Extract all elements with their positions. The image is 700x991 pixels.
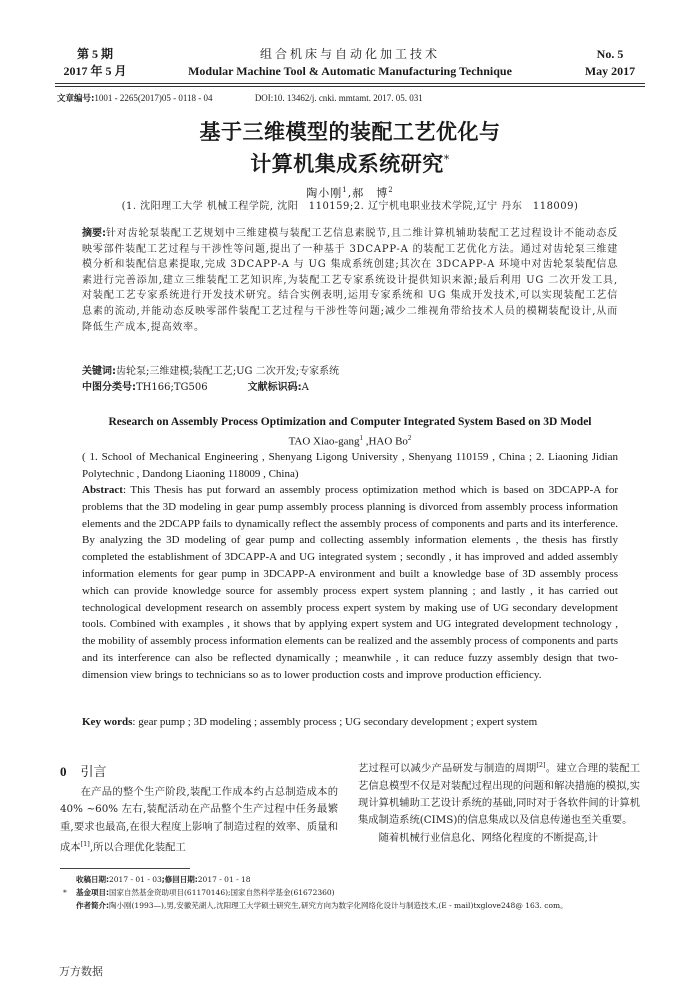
classification: 中图分类号:TH166;TG506文献标识码:A	[82, 380, 622, 395]
author-2: 郝 博	[352, 187, 388, 200]
abstract-cn-text: 针对齿轮泵装配工艺规划中三维建模与装配工艺信息素脱节,且二维计算机辅助装配工艺过…	[82, 228, 618, 333]
issue-date-en: May 2017	[570, 63, 650, 80]
received-label: 收稿日期:	[76, 875, 109, 884]
header-issue-en: No. 5 May 2017	[570, 46, 650, 80]
header-journal: 组合机床与自动化加工技术 Modular Machine Tool & Auto…	[170, 46, 530, 80]
header-rule-top	[55, 83, 645, 84]
footnotes: 收稿日期:2017 - 01 - 03;修回日期:2017 - 01 - 18 …	[60, 873, 640, 912]
paragraph: 随着机械行业信息化、网络化程度的不断提高,计	[358, 830, 640, 847]
keywords-en: Key words: gear pump ; 3D modeling ; ass…	[82, 714, 622, 730]
body-column-right: 艺过程可以减少产品研发与制造的周期[2]。建立合理的装配工艺信息模型不仅是对装配…	[358, 757, 640, 847]
author-bio-text: 陶小刚(1993—),男,安徽芜湖人,沈阳理工大学硕士研究生,研究方向为数字化网…	[109, 901, 568, 910]
abstract-en-text: This Thesis has put forward an assembly …	[82, 484, 618, 681]
keywords-en-text: gear pump ; 3D modeling ; assembly proce…	[135, 716, 537, 728]
paper-title-cn: 基于三维模型的装配工艺优化与 计算机集成系统研究*	[50, 116, 650, 180]
article-no: 1001 - 2265(2017)05 - 0118 - 04	[94, 93, 212, 103]
abstract-en-sep: :	[123, 484, 126, 496]
funding-mark: *	[444, 153, 450, 166]
paper-title-en: Research on Assembly Process Optimizatio…	[50, 414, 650, 430]
revised-date: 2017 - 01 - 18	[198, 875, 251, 884]
abstract-en: Abstract: This Thesis has put forward an…	[82, 482, 618, 684]
fund-text: 国家自然基金资助项目(61170146);国家自然科学基金(61672360)	[109, 888, 335, 897]
footnote-rule	[60, 868, 190, 869]
fund-star: *	[63, 886, 67, 899]
issue-number-cn: 第 5 期	[60, 46, 130, 63]
doi-label: DOI:	[255, 93, 274, 103]
issue-date-cn: 2017 年 5 月	[60, 63, 130, 80]
header-issue-cn: 第 5 期 2017 年 5 月	[60, 46, 130, 80]
paragraph-text: 艺过程可以减少产品研发与制造的周期	[358, 762, 536, 774]
footnote-author-bio: 作者简介:陶小刚(1993—),男,安徽芜湖人,沈阳理工大学硕士研究生,研究方向…	[60, 899, 640, 912]
journal-name-cn: 组合机床与自动化加工技术	[170, 46, 530, 63]
affiliation-en: ( 1. School of Mechanical Engineering , …	[82, 449, 618, 482]
keywords-cn-text: 齿轮泵;三维建模;装配工艺;UG 二次开发;专家系统	[116, 366, 339, 377]
doc-code-value: A	[302, 382, 309, 393]
title-line-1: 基于三维模型的装配工艺优化与	[50, 116, 650, 148]
keywords-cn: 关键词:齿轮泵;三维建模;装配工艺;UG 二次开发;专家系统	[82, 364, 622, 379]
article-no-label: 文章编号:	[57, 94, 94, 104]
paragraph: 在产品的整个生产阶段,装配工作成本约占总制造成本的 40% ~60% 左右,装配…	[60, 784, 338, 857]
abstract-en-label: Abstract	[82, 484, 123, 496]
footnote-dates: 收稿日期:2017 - 01 - 03;修回日期:2017 - 01 - 18	[60, 873, 640, 886]
body-column-left: 在产品的整个生产阶段,装配工作成本约占总制造成本的 40% ~60% 左右,装配…	[60, 784, 338, 857]
author-1: 陶小刚	[306, 187, 342, 200]
abstract-cn: 摘要:针对齿轮泵装配工艺规划中三维建模与装配工艺信息素脱节,且二维计算机辅助装配…	[82, 226, 618, 335]
author-1-en: TAO Xiao-gang	[289, 436, 360, 448]
author-2-en: HAO Bo	[368, 436, 407, 448]
citation-1[interactable]: [1]	[81, 840, 90, 848]
section-number: 0	[60, 764, 67, 779]
article-meta: 文章编号:1001 - 2265(2017)05 - 0118 - 04 DOI…	[57, 92, 423, 105]
keywords-en-label: Key words	[82, 716, 132, 728]
abstract-cn-label: 摘要:	[82, 228, 106, 239]
revised-label: ;修回日期:	[162, 875, 198, 884]
fund-label: 基金项目:	[76, 888, 109, 897]
received-date: 2017 - 01 - 03	[109, 875, 162, 884]
doi-value[interactable]: 10. 13462/j. cnki. mmtamt. 2017. 05. 031	[273, 93, 423, 103]
citation-2[interactable]: [2]	[536, 761, 545, 769]
author-bio-label: 作者简介:	[76, 901, 109, 910]
journal-name-en: Modular Machine Tool & Automatic Manufac…	[170, 63, 530, 80]
title-line-2: 计算机集成系统研究	[250, 151, 444, 176]
header-rule-bottom	[55, 86, 645, 87]
author-2-affil: 2	[388, 186, 393, 194]
authors-en: TAO Xiao-gang1 ,HAO Bo2	[50, 430, 650, 450]
paragraph: 艺过程可以减少产品研发与制造的周期[2]。建立合理的装配工艺信息模型不仅是对装配…	[358, 757, 640, 830]
clc-value: TH166;TG506	[136, 382, 208, 393]
author-2-en-affil: 2	[408, 434, 412, 442]
section-title: 引言	[81, 765, 107, 780]
keywords-cn-label: 关键词:	[82, 366, 116, 377]
paragraph-text: ,所以合理优化装配工	[90, 841, 186, 853]
issue-number-en: No. 5	[570, 46, 650, 63]
section-heading-intro: 0引言	[60, 763, 107, 782]
clc-label: 中图分类号:	[82, 382, 136, 393]
affiliation-cn: (1. 沈阳理工大学 机械工程学院, 沈阳 110159;2. 辽宁机电职业技术…	[50, 200, 650, 214]
wanfang-watermark: 万方数据	[59, 963, 103, 979]
doc-code-label: 文献标识码:	[248, 382, 302, 393]
footnote-fund: *基金项目:国家自然基金资助项目(61170146);国家自然科学基金(6167…	[60, 886, 640, 899]
authors-cn: 陶小刚1,郝 博2	[50, 183, 650, 201]
